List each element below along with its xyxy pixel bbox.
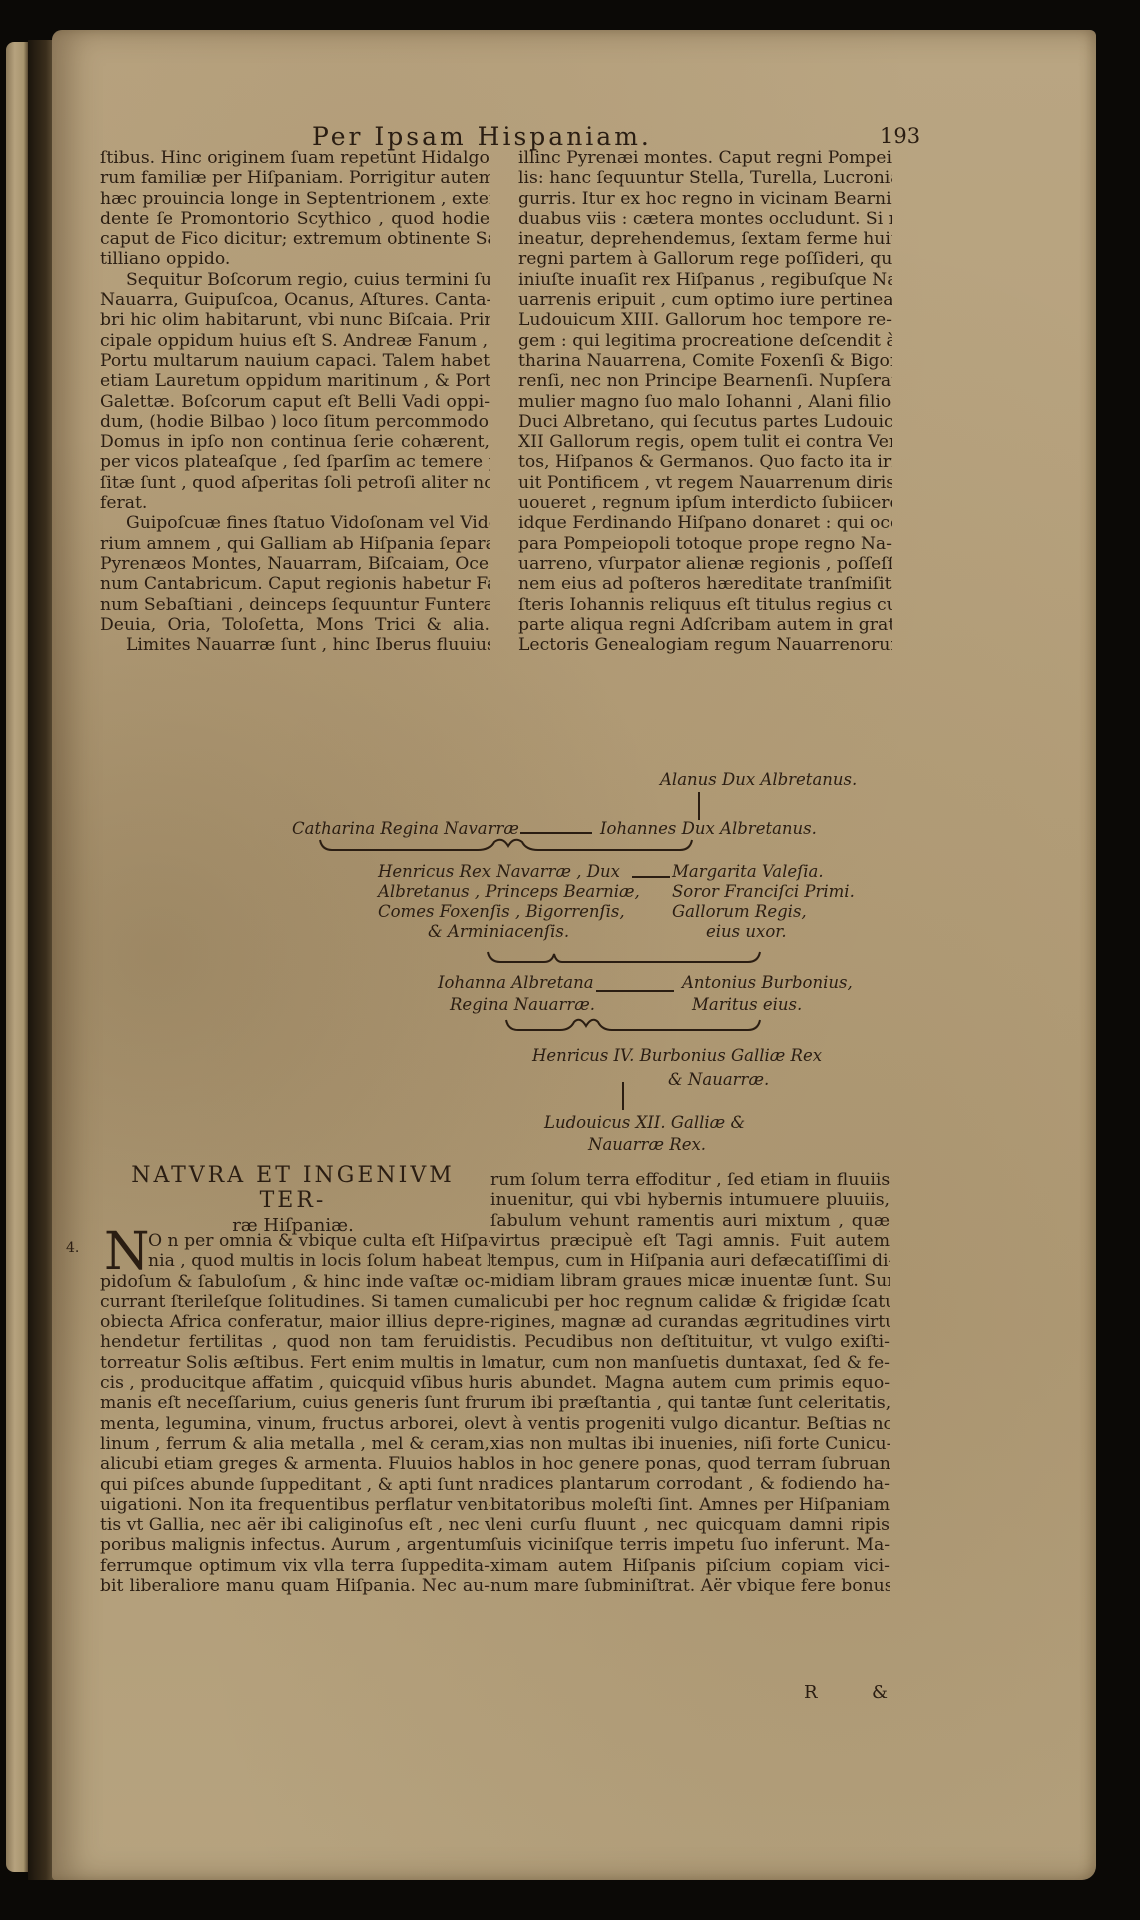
text-line: pidoſum & ſabuloſum , & hinc inde vaſtæ …: [100, 1272, 490, 1292]
text-line: Nauarra, Guipuſcoa, Ocanus, Aſtures. Can…: [100, 290, 490, 310]
text-line: Duci Albretano, qui ſecutus partes Ludou…: [518, 412, 892, 432]
text-line: ſteris Iohannis reliquus eſt titulus reg…: [518, 595, 892, 615]
text-line: tilliano oppido.: [100, 249, 490, 269]
text-line: bitatoribus moleſti ſint. Amnes per Hiſp…: [490, 1495, 890, 1515]
genealogy-brace: [486, 950, 766, 968]
text-line: per vicos plateaſque , ſed ſparſim ac te…: [100, 452, 490, 472]
text-line: O n per omnia & vbique culta eſt Hiſpa-: [100, 1231, 490, 1251]
text-line: duabus viis : cætera montes occludunt. S…: [518, 209, 892, 229]
text-line: ferat.: [100, 493, 490, 513]
text-line: mulier magno ſuo malo Iohanni , Alani fi…: [518, 392, 892, 412]
text-line: ſuis viciniſque terris impetu ſuo inferu…: [490, 1535, 890, 1555]
text-line: num Sebaſtiani , deinceps ſequuntur Funt…: [100, 595, 490, 615]
bottom-right-column: rum ſolum terra effoditur , ſed etiam in…: [490, 1170, 890, 1596]
bottom-left-column: O n per omnia & vbique culta eſt Hiſpa-n…: [100, 1231, 490, 1596]
genealogy-iohanna: Iohanna Albretana Regina Nauarræ.: [438, 972, 595, 1016]
genealogy-marriage-line: [596, 990, 674, 992]
text-line: illinc Pyrenæi montes. Caput regni Pompe…: [518, 148, 892, 168]
genealogy-alanus: Alanus Dux Albretanus.: [660, 770, 857, 789]
text-line: tis vt Gallia, nec aër ibi caliginoſus e…: [100, 1515, 490, 1535]
genealogy-catharina: Catharina Regina Navarræ: [292, 819, 519, 838]
text-line: torreatur Solis æſtibus. Fert enim multi…: [100, 1353, 490, 1373]
text-line: poribus malignis infectus. Aurum , argen…: [100, 1535, 490, 1555]
text-line: ſitæ ſunt , quod aſperitas ſoli petroſi …: [100, 473, 490, 493]
text-line: obiecta Africa conferatur, maior illius …: [100, 1312, 490, 1332]
signature-mark: R: [804, 1682, 818, 1703]
text-line: uigationi. Non ita frequentibus perflatu…: [100, 1495, 490, 1515]
text-line: Deuia, Oria, Toloſetta, Mons Trici & ali…: [100, 615, 490, 635]
text-line: parte aliqua regni Adſcribam autem in gr…: [518, 615, 892, 635]
text-line: Ludouicum XIII. Gallorum hoc tempore re-: [518, 310, 892, 330]
text-line: etiam Lauretum oppidum maritinum , & Por…: [100, 371, 490, 391]
text-line: bri hic olim habitarunt, vbi nunc Biſcai…: [100, 310, 490, 330]
genealogy-henricus-iv: Henricus IV. Burbonius Galliæ Rex & Naua…: [532, 1044, 822, 1092]
running-title-text: Per Ipsam Hispaniam.: [312, 122, 652, 151]
text-line: rum ſolum terra effoditur , ſed etiam in…: [490, 1170, 890, 1190]
text-line: rigines, magnæ ad curandas ægritudines v…: [490, 1312, 890, 1332]
text-line: Limites Nauarræ ſunt , hinc Iberus fluui…: [100, 635, 490, 655]
text-line: alicubi per hoc regnum calidæ & frigidæ …: [490, 1292, 890, 1312]
text-line: radices plantarum corrodant , & fodiendo…: [490, 1474, 890, 1494]
text-line: nem eius ad poſteros hæreditate tranſmiſ…: [518, 574, 892, 594]
genealogy-margarita: Margarita Valeſia. Soror Franciſci Primi…: [672, 862, 855, 942]
text-line: Sequitur Boſcorum regio, cuius termini ſ…: [100, 270, 490, 290]
text-line: num mare ſubminiſtrat. Aër vbique fere b…: [490, 1576, 890, 1596]
text-line: Galettæ. Boſcorum caput eſt Belli Vadi o…: [100, 392, 490, 412]
genealogy-ludouicus: Ludouicus XII. Galliæ & Nauarræ Rex.: [544, 1112, 745, 1156]
text-line: qui piſces abunde ſuppeditant , & apti ſ…: [100, 1475, 490, 1495]
text-line: lis: hanc ſequuntur Stella, Turella, Luc…: [518, 168, 892, 188]
text-line: uoueret , regnum ipſum interdicto ſubiic…: [518, 493, 892, 513]
previous-page-edge: [6, 42, 28, 1872]
text-line: uarrenis eripuit , cum optimo iure perti…: [518, 290, 892, 310]
text-line: los in hoc genere ponas, quod terram ſub…: [490, 1454, 890, 1474]
text-line: uarreno, vſurpator alienæ regionis , poſ…: [518, 554, 892, 574]
text-line: dum, (hodie Bilbao ) loco ſitum percommo…: [100, 412, 490, 432]
text-line: Lectoris Genealogiam regum Nauarrenorum.: [518, 635, 892, 655]
text-line: inuenitur, qui vbi hybernis intumuere pl…: [490, 1190, 890, 1210]
text-line: matur, cum non manſuetis duntaxat, ſed &…: [490, 1353, 890, 1373]
text-line: xias non multas ibi inuenies, niſi forte…: [490, 1434, 890, 1454]
marginal-number: 4.: [66, 1240, 79, 1256]
text-line: manis eſt neceſſarium, cuius generis ſun…: [100, 1393, 490, 1413]
text-line: tempus, cum in Hiſpania auri defæcatiſſi…: [490, 1251, 890, 1271]
genealogy-antonius: Antonius Burbonius, Maritus eius.: [682, 972, 853, 1016]
text-line: idque Ferdinando Hiſpano donaret : qui o…: [518, 513, 892, 533]
text-line: gem : qui legitima procreatione deſcendi…: [518, 331, 892, 351]
text-line: rium amnem , qui Galliam ab Hiſpania ſep…: [100, 534, 490, 554]
genealogy-marriage-line: [632, 876, 670, 878]
text-line: tos, Hiſpanos & Germanos. Quo facto ita …: [518, 452, 892, 472]
text-line: ferrumque optimum vix vlla terra ſuppedi…: [100, 1556, 490, 1576]
genealogy-brace: [504, 1018, 764, 1038]
section-heading: NATVRA ET INGENIVM TER- ræ Hiſpaniæ.: [98, 1163, 488, 1236]
text-line: nia , quod multis in locis ſolum habeat …: [100, 1251, 490, 1271]
text-line: ineatur, deprehendemus, ſextam ferme hui…: [518, 229, 892, 249]
text-line: num Cantabricum. Caput regionis habetur …: [100, 574, 490, 594]
text-line: currant ſterileſque ſolitudines. Si tame…: [100, 1292, 490, 1312]
genealogy-line-vertical: [698, 792, 700, 820]
top-right-column: illinc Pyrenæi montes. Caput regni Pompe…: [518, 148, 892, 655]
text-line: gurris. Itur ex hoc regno in vicinam Bea…: [518, 189, 892, 209]
genealogy-line-vertical: [622, 1082, 624, 1110]
text-line: vt à ventis progeniti vulgo dicantur. Be…: [490, 1414, 890, 1434]
top-left-column: ſtibus. Hinc originem ſuam repetunt Hida…: [100, 148, 490, 655]
text-line: alicubi etiam greges & armenta. Fluuios …: [100, 1454, 490, 1474]
text-line: ſabulum vehunt ramentis auri mixtum , qu…: [490, 1211, 890, 1231]
text-line: bit liberaliore manu quam Hiſpania. Nec …: [100, 1576, 490, 1596]
text-line: caput de Fico dicitur; extremum obtinent…: [100, 229, 490, 249]
text-line: ſtibus. Hinc originem ſuam repetunt Hida…: [100, 148, 490, 168]
text-line: XII Gallorum regis, opem tulit ei contra…: [518, 432, 892, 452]
text-line: rum familiæ per Hiſpaniam. Porrigitur au…: [100, 168, 490, 188]
text-line: hæc prouincia longe in Septentrionem , e…: [100, 189, 490, 209]
text-line: hendetur fertilitas , quod non tam ferui…: [100, 1332, 490, 1352]
text-line: leni curſu fluunt , nec quicquam damni r…: [490, 1515, 890, 1535]
text-line: cipale oppidum huius eſt S. Andreæ Fanum…: [100, 331, 490, 351]
genealogy-iohannes: Iohannes Dux Albretanus.: [600, 819, 817, 838]
text-line: rum ibi præſtantia , qui tantæ ſunt cele…: [490, 1393, 890, 1413]
text-line: ximam autem Hiſpanis piſcium copiam vici…: [490, 1556, 890, 1576]
text-line: virtus præcipuè eſt Tagi amnis. Fuit aut…: [490, 1231, 890, 1251]
text-line: linum , ferrum & alia metalla , mel & ce…: [100, 1434, 490, 1454]
text-line: Pyrenæos Montes, Nauarram, Biſcaiam, Oce…: [100, 554, 490, 574]
text-line: dente ſe Promontorio Scythico , quod hod…: [100, 209, 490, 229]
text-line: ris abundet. Magna autem cum primis equo…: [490, 1373, 890, 1393]
text-line: Portu multarum nauium capaci. Talem habe…: [100, 351, 490, 371]
text-line: tis. Pecudibus non deſtituitur, vt vulgo…: [490, 1332, 890, 1352]
running-title: Per Ipsam Hispaniam.: [312, 122, 652, 151]
text-line: tharina Nauarrena, Comite Foxenſi & Bigo…: [518, 351, 892, 371]
text-line: iniuſte inuaſit rex Hiſpanus , regibuſqu…: [518, 270, 892, 290]
text-line: menta, legumina, vinum, fructus arborei,…: [100, 1414, 490, 1434]
text-line: cis , producitque affatim , quicquid vſi…: [100, 1373, 490, 1393]
genealogy-marriage-line: [520, 832, 592, 834]
genealogy-henricus: Henricus Rex Navarræ , Dux Albretanus , …: [378, 862, 640, 942]
text-line: regni partem à Gallorum rege poſſideri, …: [518, 249, 892, 269]
text-line: para Pompeiopoli totoque prope regno Na-: [518, 534, 892, 554]
text-line: Domus in ipſo non continua ſerie cohæren…: [100, 432, 490, 452]
catchword: &: [872, 1682, 888, 1703]
text-line: midiam libram graues micæ inuentæ ſunt. …: [490, 1271, 890, 1291]
text-line: uit Pontificem , vt regem Nauarrenum dir…: [518, 473, 892, 493]
text-line: Guipoſcuæ fines ſtatuo Vidoſonam vel Vid…: [100, 513, 490, 533]
text-line: renſi, nec non Principe Bearnenſi. Nupſe…: [518, 371, 892, 391]
page-number: 193: [880, 124, 920, 148]
genealogy-brace: [318, 838, 698, 858]
